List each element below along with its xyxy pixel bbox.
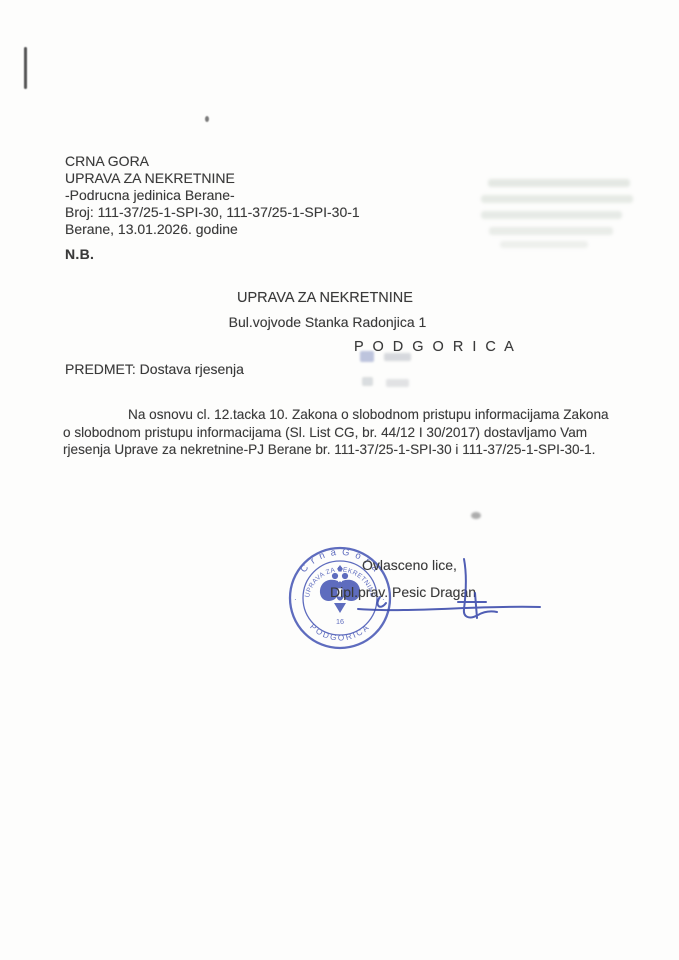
- bleedthrough-text-line: [500, 241, 588, 248]
- bleedthrough-text-line: [488, 179, 630, 187]
- recipient-city: P O D G O R I C A: [354, 339, 516, 355]
- bleedthrough-smudge: [386, 379, 409, 387]
- letterhead-date-place: Berane, 13.01.2026. godine: [65, 221, 360, 238]
- body-line: rjesenja Uprave za nekretnine-PJ Berane …: [63, 441, 609, 459]
- scan-artifact-bar: [24, 47, 27, 89]
- bleedthrough-text-line: [481, 195, 633, 203]
- stamp-separator-left: ·: [294, 595, 297, 604]
- bleedthrough-text-line: [481, 211, 622, 219]
- body-line: o slobodnom pristupu informacijama (Sl. …: [63, 424, 609, 442]
- scan-speck: [471, 512, 481, 519]
- letterhead-country: CRNA GORA: [65, 153, 360, 170]
- letterhead-agency: UPRAVA ZA NEKRETNINE: [65, 170, 360, 187]
- body-paragraph: Na osnovu cl. 12.tacka 10. Zakona o slob…: [63, 406, 609, 459]
- letterhead-number: Broj: 111-37/25-1-SPI-30, 111-37/25-1-SP…: [65, 204, 360, 221]
- subject-line: PREDMET: Dostava rjesenja: [65, 361, 244, 377]
- letterhead-note: N.B.: [65, 246, 360, 263]
- letterhead: CRNA GORA UPRAVA ZA NEKRETNINE -Podrucna…: [65, 153, 360, 263]
- bleedthrough-smudge: [362, 377, 373, 386]
- recipient-name: UPRAVA ZA NEKRETNINE: [0, 290, 650, 306]
- recipient-address: Bul.vojvode Stanka Radonjica 1: [0, 314, 655, 330]
- bleedthrough-text-line: [489, 227, 613, 235]
- letterhead-unit: -Podrucna jedinica Berane-: [65, 187, 360, 204]
- scanned-letter-page: CRNA GORA UPRAVA ZA NEKRETNINE -Podrucna…: [0, 0, 679, 960]
- handwritten-signature: [320, 545, 600, 640]
- body-line: Na osnovu cl. 12.tacka 10. Zakona o slob…: [63, 406, 609, 424]
- scan-speck: [205, 116, 209, 122]
